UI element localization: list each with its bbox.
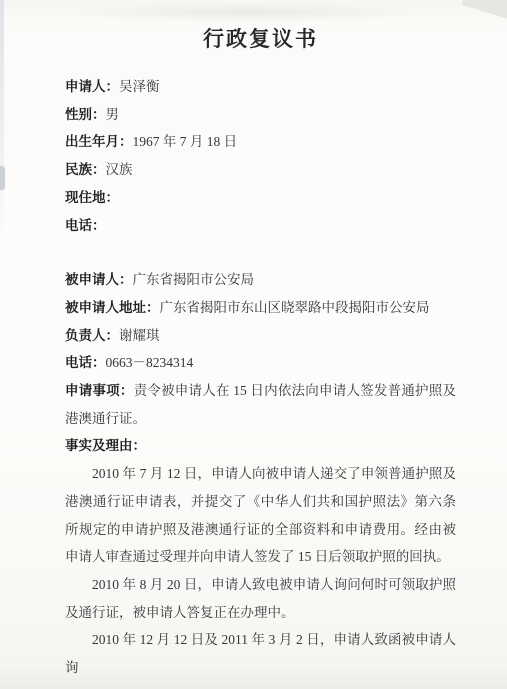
- request-item: 申请事项：责令被申请人在 15 日内依法向申请人签发普通护照及港澳通行证。: [65, 377, 456, 432]
- request-label: 申请事项：: [65, 383, 134, 398]
- field-label: 性别：: [65, 107, 106, 122]
- document-content: 行政复议书 申请人：吴泽衡 性别：男 出生年月：1967 年 7 月 18 日 …: [65, 0, 456, 682]
- respondent-phone-row: 电话：0663－8234314: [65, 349, 456, 377]
- fact-paragraph-1: 2010 年 7 月 12 日，申请人向被申请人递交了申领普通护照及港澳通行证申…: [65, 460, 456, 571]
- field-label: 民族：: [65, 162, 106, 177]
- field-value: 汉族: [106, 162, 133, 177]
- field-value: 广东省揭阳市东山区晓翠路中段揭阳市公安局: [160, 300, 430, 315]
- document-title: 行政复议书: [65, 27, 456, 52]
- phone-row: 电话：: [65, 212, 456, 240]
- field-label: 申请人：: [65, 79, 119, 94]
- field-value: 男: [106, 107, 120, 122]
- field-value: 1967 年 7 月 18 日: [133, 134, 238, 149]
- birthdate-row: 出生年月：1967 年 7 月 18 日: [65, 128, 456, 156]
- field-value: 0663－8234314: [106, 355, 194, 370]
- respondent-address-row: 被申请人地址：广东省揭阳市东山区晓翠路中段揭阳市公安局: [65, 294, 456, 322]
- field-label: 现住地：: [65, 190, 119, 205]
- scan-artifact-top-right-corner: [462, 0, 507, 22]
- field-label: 电话：: [65, 355, 106, 370]
- scan-artifact-left-edge: [0, 0, 4, 235]
- respondent-name-row: 被申请人：广东省揭阳市公安局: [65, 266, 456, 294]
- field-value: 吴泽衡: [119, 79, 160, 94]
- field-label: 负责人：: [65, 328, 119, 343]
- respondent-info-section: 被申请人：广东省揭阳市公安局 被申请人地址：广东省揭阳市东山区晓翠路中段揭阳市公…: [65, 266, 456, 377]
- fact-paragraph-2: 2010 年 8 月 20 日，申请人致电被申请人询问何时可领取护照及通行证，被…: [65, 571, 456, 626]
- residence-row: 现住地：: [65, 184, 456, 212]
- field-value: 广东省揭阳市公安局: [133, 272, 255, 287]
- field-label: 被申请人：: [65, 272, 133, 287]
- applicant-name-row: 申请人：吴泽衡: [65, 73, 456, 101]
- field-label: 电话：: [65, 218, 106, 233]
- scan-artifact-left-blob: [0, 166, 5, 190]
- ethnicity-row: 民族：汉族: [65, 156, 456, 184]
- gender-row: 性别：男: [65, 101, 456, 129]
- fact-paragraph-3: 2010 年 12 月 12 日及 2011 年 3 月 2 日，申请人致函被申…: [65, 626, 456, 681]
- field-value: 谢耀琪: [119, 328, 160, 343]
- applicant-info-section: 申请人：吴泽衡 性别：男 出生年月：1967 年 7 月 18 日 民族：汉族 …: [65, 73, 456, 239]
- responsible-person-row: 负责人：谢耀琪: [65, 322, 456, 350]
- field-label: 被申请人地址：: [65, 300, 160, 315]
- facts-heading: 事实及理由：: [65, 432, 456, 460]
- field-label: 出生年月：: [65, 134, 133, 149]
- document-page: 行政复议书 申请人：吴泽衡 性别：男 出生年月：1967 年 7 月 18 日 …: [0, 0, 507, 689]
